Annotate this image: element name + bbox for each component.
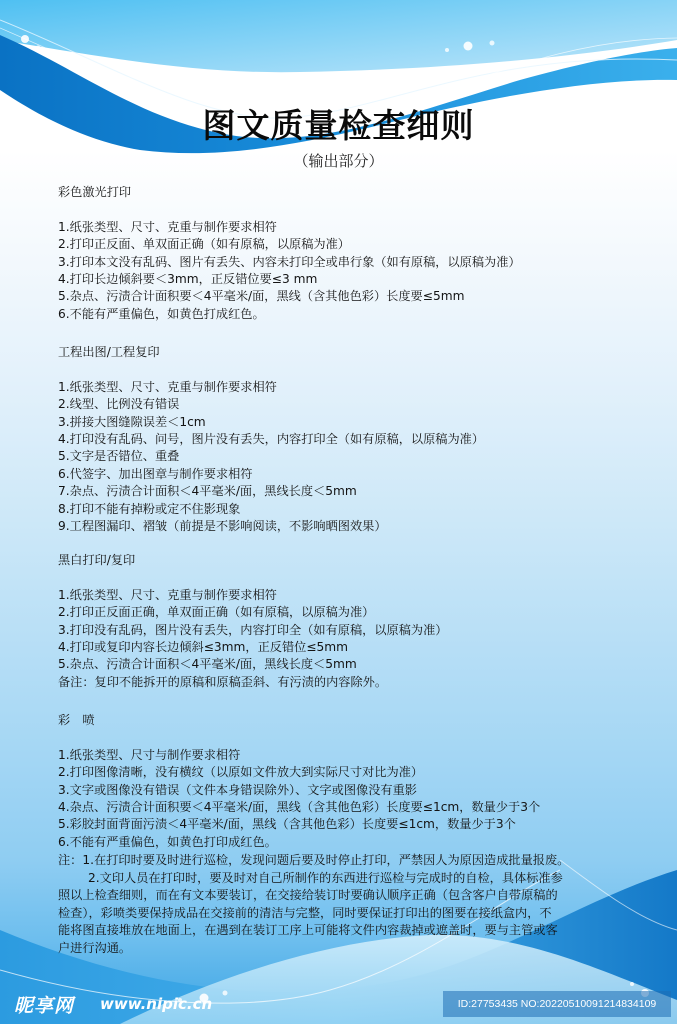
note-line: 照以上检查细则，而在有文本要装订，在交接给装订时要确认顺序正确（包含客户自带原稿… [58, 887, 648, 905]
list-item: 3.文字或图像没有错误（文件本身错误除外）、文字或图像没有重影 [58, 782, 658, 799]
list-item: 8.打印不能有掉粉或定不住影现象 [58, 501, 658, 518]
list-item: 2.线型、比例没有错误 [58, 396, 658, 413]
list-item: 4.杂点、污渍合计面积要＜4平毫米/面，黑线（含其他色彩）长度要≤1cm，数量少… [58, 799, 658, 816]
list-item: 5.彩胶封面背面污渍＜4平毫米/面，黑线（含其他色彩）长度要≤1cm，数量少于3… [58, 816, 658, 833]
list-item: 3.打印本文没有乱码、图片有丢失、内容未打印全或串行象（如有原稿，以原稿为准） [58, 254, 658, 271]
list-item: 5.文字是否错位、重叠 [58, 448, 658, 465]
watermark-url: www.nipic.cn [100, 995, 212, 1013]
list-item: 2.打印正反面、单双面正确（如有原稿，以原稿为准） [58, 236, 658, 253]
note-line: 能将图直接堆放在地面上，在遇到在装订工序上可能将文件内容裁掉或遮盖时，要与主管或… [58, 922, 648, 940]
section-bw-print: 黑白打印/复印 1.纸张类型、尺寸、克重与制作要求相符 2.打印正反面正确，单双… [58, 552, 658, 691]
section-heading: 彩 喷 [58, 712, 658, 729]
list-item: 4.打印长边倾斜要＜3mm，正反错位要≤3 mm [58, 271, 658, 288]
list-item: 2.打印正反面正确，单双面正确（如有原稿，以原稿为准） [58, 604, 658, 621]
list-item: 5.杂点、污渍合计面积＜4平毫米/面，黑线长度＜5mm [58, 656, 658, 673]
list-item: 6.不能有严重偏色，如黄色打成红色。 [58, 306, 658, 323]
list-item: 5.杂点、污渍合计面积要＜4平毫米/面，黑线（含其他色彩）长度要≤5mm [58, 288, 658, 305]
section-color-laser: 彩色激光打印 1.纸张类型、尺寸、克重与制作要求相符 2.打印正反面、单双面正确… [58, 184, 658, 323]
note-line: 注：1.在打印时要及时进行巡检，发现问题后要及时停止打印，严禁因人为原因造成批量… [58, 852, 648, 870]
section-heading: 黑白打印/复印 [58, 552, 658, 569]
list-item: 2.打印图像清晰，没有横纹（以原如文件放大到实际尺寸对比为准） [58, 764, 658, 781]
section-heading: 彩色激光打印 [58, 184, 658, 201]
list-item: 1.纸张类型、尺寸、克重与制作要求相符 [58, 587, 658, 604]
remark: 备注：复印不能拆开的原稿和原稿歪斜、有污渍的内容除外。 [58, 674, 658, 691]
notes-block: 注：1.在打印时要及时进行巡检，发现问题后要及时停止打印，严禁因人为原因造成批量… [58, 852, 648, 958]
list-item: 6.代签字、加出图章与制作要求相符 [58, 466, 658, 483]
list-item: 1.纸张类型、尺寸、克重与制作要求相符 [58, 219, 658, 236]
list-item: 4.打印或复印内容长边倾斜≤3mm，正反错位≤5mm [58, 639, 658, 656]
list-item: 3.打印没有乱码，图片没有丢失，内容打印全（如有原稿，以原稿为准） [58, 622, 658, 639]
list-item: 9.工程图漏印、褶皱（前提是不影响阅读，不影响晒图效果） [58, 518, 658, 535]
document-title: 图文质量检查细则 [0, 100, 677, 147]
document-subtitle: （输出部分） [0, 150, 677, 171]
list-item: 3.拼接大图缝隙误差＜1cm [58, 414, 658, 431]
watermark-logo: 昵享网 [14, 991, 74, 1018]
note-line: 检查），彩喷类要保持成品在交接前的清洁与完整，同时要保证打印出的图要在接纸盒内，… [58, 905, 648, 923]
note-line: 2.文印人员在打印时，要及时对自己所制作的东西进行巡检与完成时的自检，具体标准参 [58, 870, 648, 888]
watermark-id: ID:27753435 NO:20220510091214834109 [443, 991, 671, 1017]
section-engineering-print: 工程出图/工程复印 1.纸张类型、尺寸、克重与制作要求相符 2.线型、比例没有错… [58, 344, 658, 535]
list-item: 1.纸张类型、尺寸与制作要求相符 [58, 747, 658, 764]
list-item: 1.纸张类型、尺寸、克重与制作要求相符 [58, 379, 658, 396]
list-item: 7.杂点、污渍合计面积＜4平毫米/面，黑线长度＜5mm [58, 483, 658, 500]
list-item: 4.打印没有乱码、问号，图片没有丢失，内容打印全（如有原稿，以原稿为准） [58, 431, 658, 448]
list-item: 6.不能有严重偏色，如黄色打印成红色。 [58, 834, 658, 851]
section-inkjet: 彩 喷 1.纸张类型、尺寸与制作要求相符 2.打印图像清晰，没有横纹（以原如文件… [58, 712, 658, 851]
note-line: 户进行沟通。 [58, 940, 648, 958]
section-heading: 工程出图/工程复印 [58, 344, 658, 361]
